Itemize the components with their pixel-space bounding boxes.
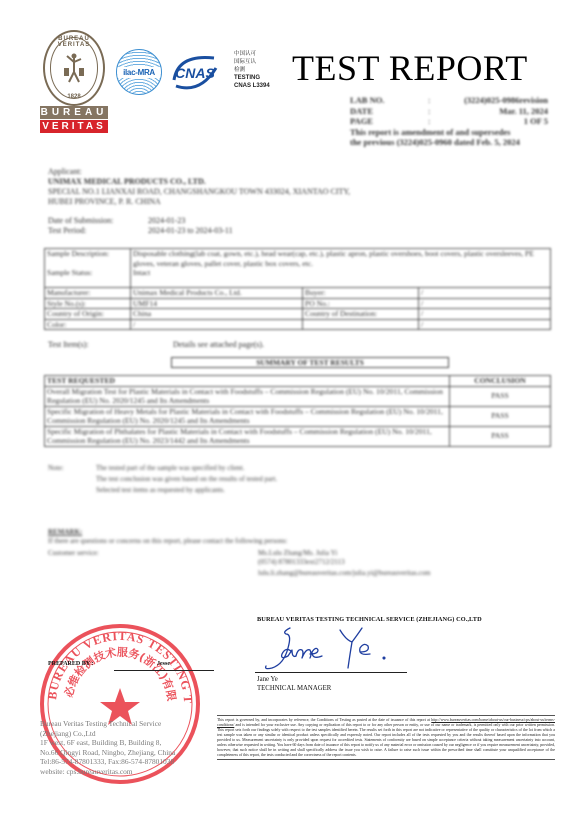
test-name: Overall Migration Test for Plastic Mater… xyxy=(45,386,450,406)
test-result: PASS xyxy=(450,386,551,406)
table-cell: PO No.: xyxy=(303,298,419,309)
address-line: Tel:86-574-87801333, Fax:86-574-87801038 xyxy=(40,757,175,767)
table-row: Overall Migration Test for Plastic Mater… xyxy=(45,386,551,406)
date-value: Mar. 11, 2024 xyxy=(448,106,548,117)
test-result: PASS xyxy=(450,426,551,446)
table-row: Manufacturer:Unimax Medical Products Co.… xyxy=(45,288,551,299)
separator: : xyxy=(428,116,448,127)
applicant-label: Applicant: xyxy=(48,167,548,177)
test-name: Specific Migration of Heavy Metals for P… xyxy=(45,406,450,426)
table-cell xyxy=(303,319,419,330)
cnas-cn-line: 中国认可 xyxy=(234,50,270,58)
results-table: TEST REQUESTED CONCLUSION Overall Migrat… xyxy=(44,375,551,447)
col-conclusion: CONCLUSION xyxy=(450,376,551,387)
table-cell: / xyxy=(419,288,551,299)
remark-heading: REMARK: xyxy=(48,528,548,537)
test-result: PASS xyxy=(450,406,551,426)
table-cell: Buyer: xyxy=(303,288,419,299)
signer-name: Jane Ye xyxy=(257,675,331,684)
period-value: 2024-01-23 to 2024-03-11 xyxy=(148,226,233,236)
submission-label: Date of Submission: xyxy=(48,216,148,226)
table-cell: China xyxy=(131,309,303,320)
remark-block: REMARK: If there are questions or concer… xyxy=(48,528,548,578)
lab-address: Bureau Veritas Testing Technical Service… xyxy=(40,719,175,776)
contact-phones: (0574) 87801333ext2712/2113 xyxy=(258,558,430,567)
period-label: Test Period: xyxy=(48,226,148,236)
table-cell: Unimax Medical Products Co., Ltd. xyxy=(131,288,303,299)
table-cell: Country of Destination: xyxy=(303,309,419,320)
amendment-note: This report is amendment of and supersed… xyxy=(350,127,548,138)
sample-info-table: Sample Description: Sample Status: Dispo… xyxy=(44,248,551,330)
summary-heading: SUMMARY OF TEST RESULTS xyxy=(171,357,449,368)
signing-company: BUREAU VERITAS TESTING TECHNICAL SERVICE… xyxy=(257,616,482,623)
separator: : xyxy=(428,95,448,106)
page-value: 1 OF 5 xyxy=(448,116,548,127)
table-cell: Sample Description: Sample Status: xyxy=(45,249,131,288)
note-line: Selected test items as requested by appl… xyxy=(96,485,277,496)
prepared-by-name: Jesse xyxy=(157,661,170,667)
address-line: website: cps.bureauveritas.com xyxy=(40,767,175,777)
test-items: Test Item(s): Details see attached page(… xyxy=(48,340,264,349)
contact-names: Ms.Lulu Zhang/Ms. Julia Yi xyxy=(258,549,430,558)
table-cell: / xyxy=(419,319,551,330)
separator: : xyxy=(428,106,448,117)
ilac-mra-logo: ilac-MRA xyxy=(116,49,162,95)
signer-title: TECHNICAL MANAGER xyxy=(257,684,331,693)
lab-no-value: (3224)025-0986revision xyxy=(448,95,548,106)
prepared-by-line xyxy=(114,670,214,671)
table-cell: Style No.(s): xyxy=(45,298,131,309)
test-items-value: Details see attached page(s). xyxy=(173,340,264,349)
prepared-by-label: PREPARED BY : xyxy=(48,661,93,667)
amendment-note: the previous (3224)025-0960 dated Feb. 5… xyxy=(350,137,548,148)
description-label: Sample Description: xyxy=(47,249,128,259)
table-row: Country of Origin:ChinaCountry of Destin… xyxy=(45,309,551,320)
col-test-requested: TEST REQUESTED xyxy=(45,376,450,387)
page-title: TEST REPORT xyxy=(292,47,528,89)
cnas-number: CNAS L3394 xyxy=(234,82,270,90)
signature-line xyxy=(255,672,407,673)
table-cell: UMF14 xyxy=(131,298,303,309)
table-cell: / xyxy=(131,319,303,330)
notes-label: Note: xyxy=(48,463,96,496)
notes-block: Note: The tested part of the sample was … xyxy=(48,463,277,496)
signer-block: Jane Ye TECHNICAL MANAGER xyxy=(257,675,331,693)
cnas-testing: TESTING xyxy=(234,74,270,82)
table-row: Sample Description: Sample Status: Dispo… xyxy=(45,249,551,288)
seal-figure-icon xyxy=(63,50,85,84)
table-cell: Manufacturer: xyxy=(45,288,131,299)
logo-veritas-text: VERITAS xyxy=(40,120,108,133)
address-line: 1F west, 6F east, Building B, Building 8… xyxy=(40,738,175,748)
table-row: Specific Migration of Heavy Metals for P… xyxy=(45,406,551,426)
lab-no-label: LAB NO. xyxy=(350,95,428,106)
contact-emails: lulu.li.zhang@bureauveritas.com/julia.yi… xyxy=(258,569,430,578)
test-items-label: Test Item(s): xyxy=(48,340,173,349)
address-line: No.66 Qingyi Road, Ningbo, Zhejiang, Chi… xyxy=(40,748,175,758)
dates-block: Date of Submission:2024-01-23 Test Perio… xyxy=(48,216,233,236)
table-cell: Color: xyxy=(45,319,131,330)
applicant-address: SPECIAL NO.1 LIANXAI ROAD, CHANGSHANGKOU… xyxy=(48,187,548,197)
service-label: Customer service: xyxy=(48,549,258,578)
seal-year: 1828 xyxy=(45,94,103,100)
seal-text: BUREAU VERITAS xyxy=(45,36,103,48)
bureau-veritas-seal-logo: BUREAU VERITAS 1828 xyxy=(43,30,105,106)
table-header-row: TEST REQUESTED CONCLUSION xyxy=(45,376,551,387)
cnas-label: CNAS xyxy=(175,65,215,81)
cnas-logo: CNAS xyxy=(170,50,220,94)
applicant-block: Applicant: UNIMAX MEDICAL PRODUCTS CO., … xyxy=(48,167,548,207)
description-value: Disposable clothing(lab coat, gown, etc.… xyxy=(133,249,548,268)
status-label: Sample Status: xyxy=(47,268,128,278)
test-name: Specific Migration of Phthalates for Pla… xyxy=(45,426,450,446)
handwritten-signature xyxy=(262,624,422,672)
table-cell: Disposable clothing(lab coat, gown, etc.… xyxy=(131,249,551,288)
legal-text: This report is governed by, and incorpor… xyxy=(217,718,430,722)
note-line: The tested part of the sample was specif… xyxy=(96,463,277,474)
submission-value: 2024-01-23 xyxy=(148,216,185,226)
logo-bureau-text: BUREAU xyxy=(40,106,108,119)
cnas-cn-line: 检测 xyxy=(234,66,270,74)
table-cell: / xyxy=(419,298,551,309)
note-line: The test conclusion was given based on t… xyxy=(96,474,277,485)
applicant-name: UNIMAX MEDICAL PRODUCTS CO., LTD. xyxy=(48,177,548,187)
table-row: Specific Migration of Phthalates for Pla… xyxy=(45,426,551,446)
applicant-address: HUBEI PROVINCE, P. R. CHINA xyxy=(48,197,548,207)
ilac-label: ilac-MRA xyxy=(116,67,162,78)
table-row: Style No.(s):UMF14PO No.:/ xyxy=(45,298,551,309)
table-cell: / xyxy=(419,309,551,320)
address-line: Bureau Veritas Testing Technical Service xyxy=(40,719,175,729)
table-cell: Country of Origin: xyxy=(45,309,131,320)
page-label: PAGE xyxy=(350,116,428,127)
cnas-cn-line: 国际互认 xyxy=(234,58,270,66)
date-label: DATE xyxy=(350,106,428,117)
legal-disclaimer: This report is governed by, and incorpor… xyxy=(217,715,555,760)
cnas-accreditation-text: 中国认可 国际互认 检测 TESTING CNAS L3394 xyxy=(234,50,270,90)
address-line: (Zhejiang) Co.,Ltd xyxy=(40,729,175,739)
legal-text: and is intended for your exclusive use. … xyxy=(217,723,555,757)
table-row: Color:// xyxy=(45,319,551,330)
remark-text: If there are questions or concerns on th… xyxy=(48,537,548,546)
report-meta: LAB NO.:(3224)025-0986revision DATE:Mar.… xyxy=(350,95,548,148)
status-value: Intact xyxy=(133,268,548,278)
